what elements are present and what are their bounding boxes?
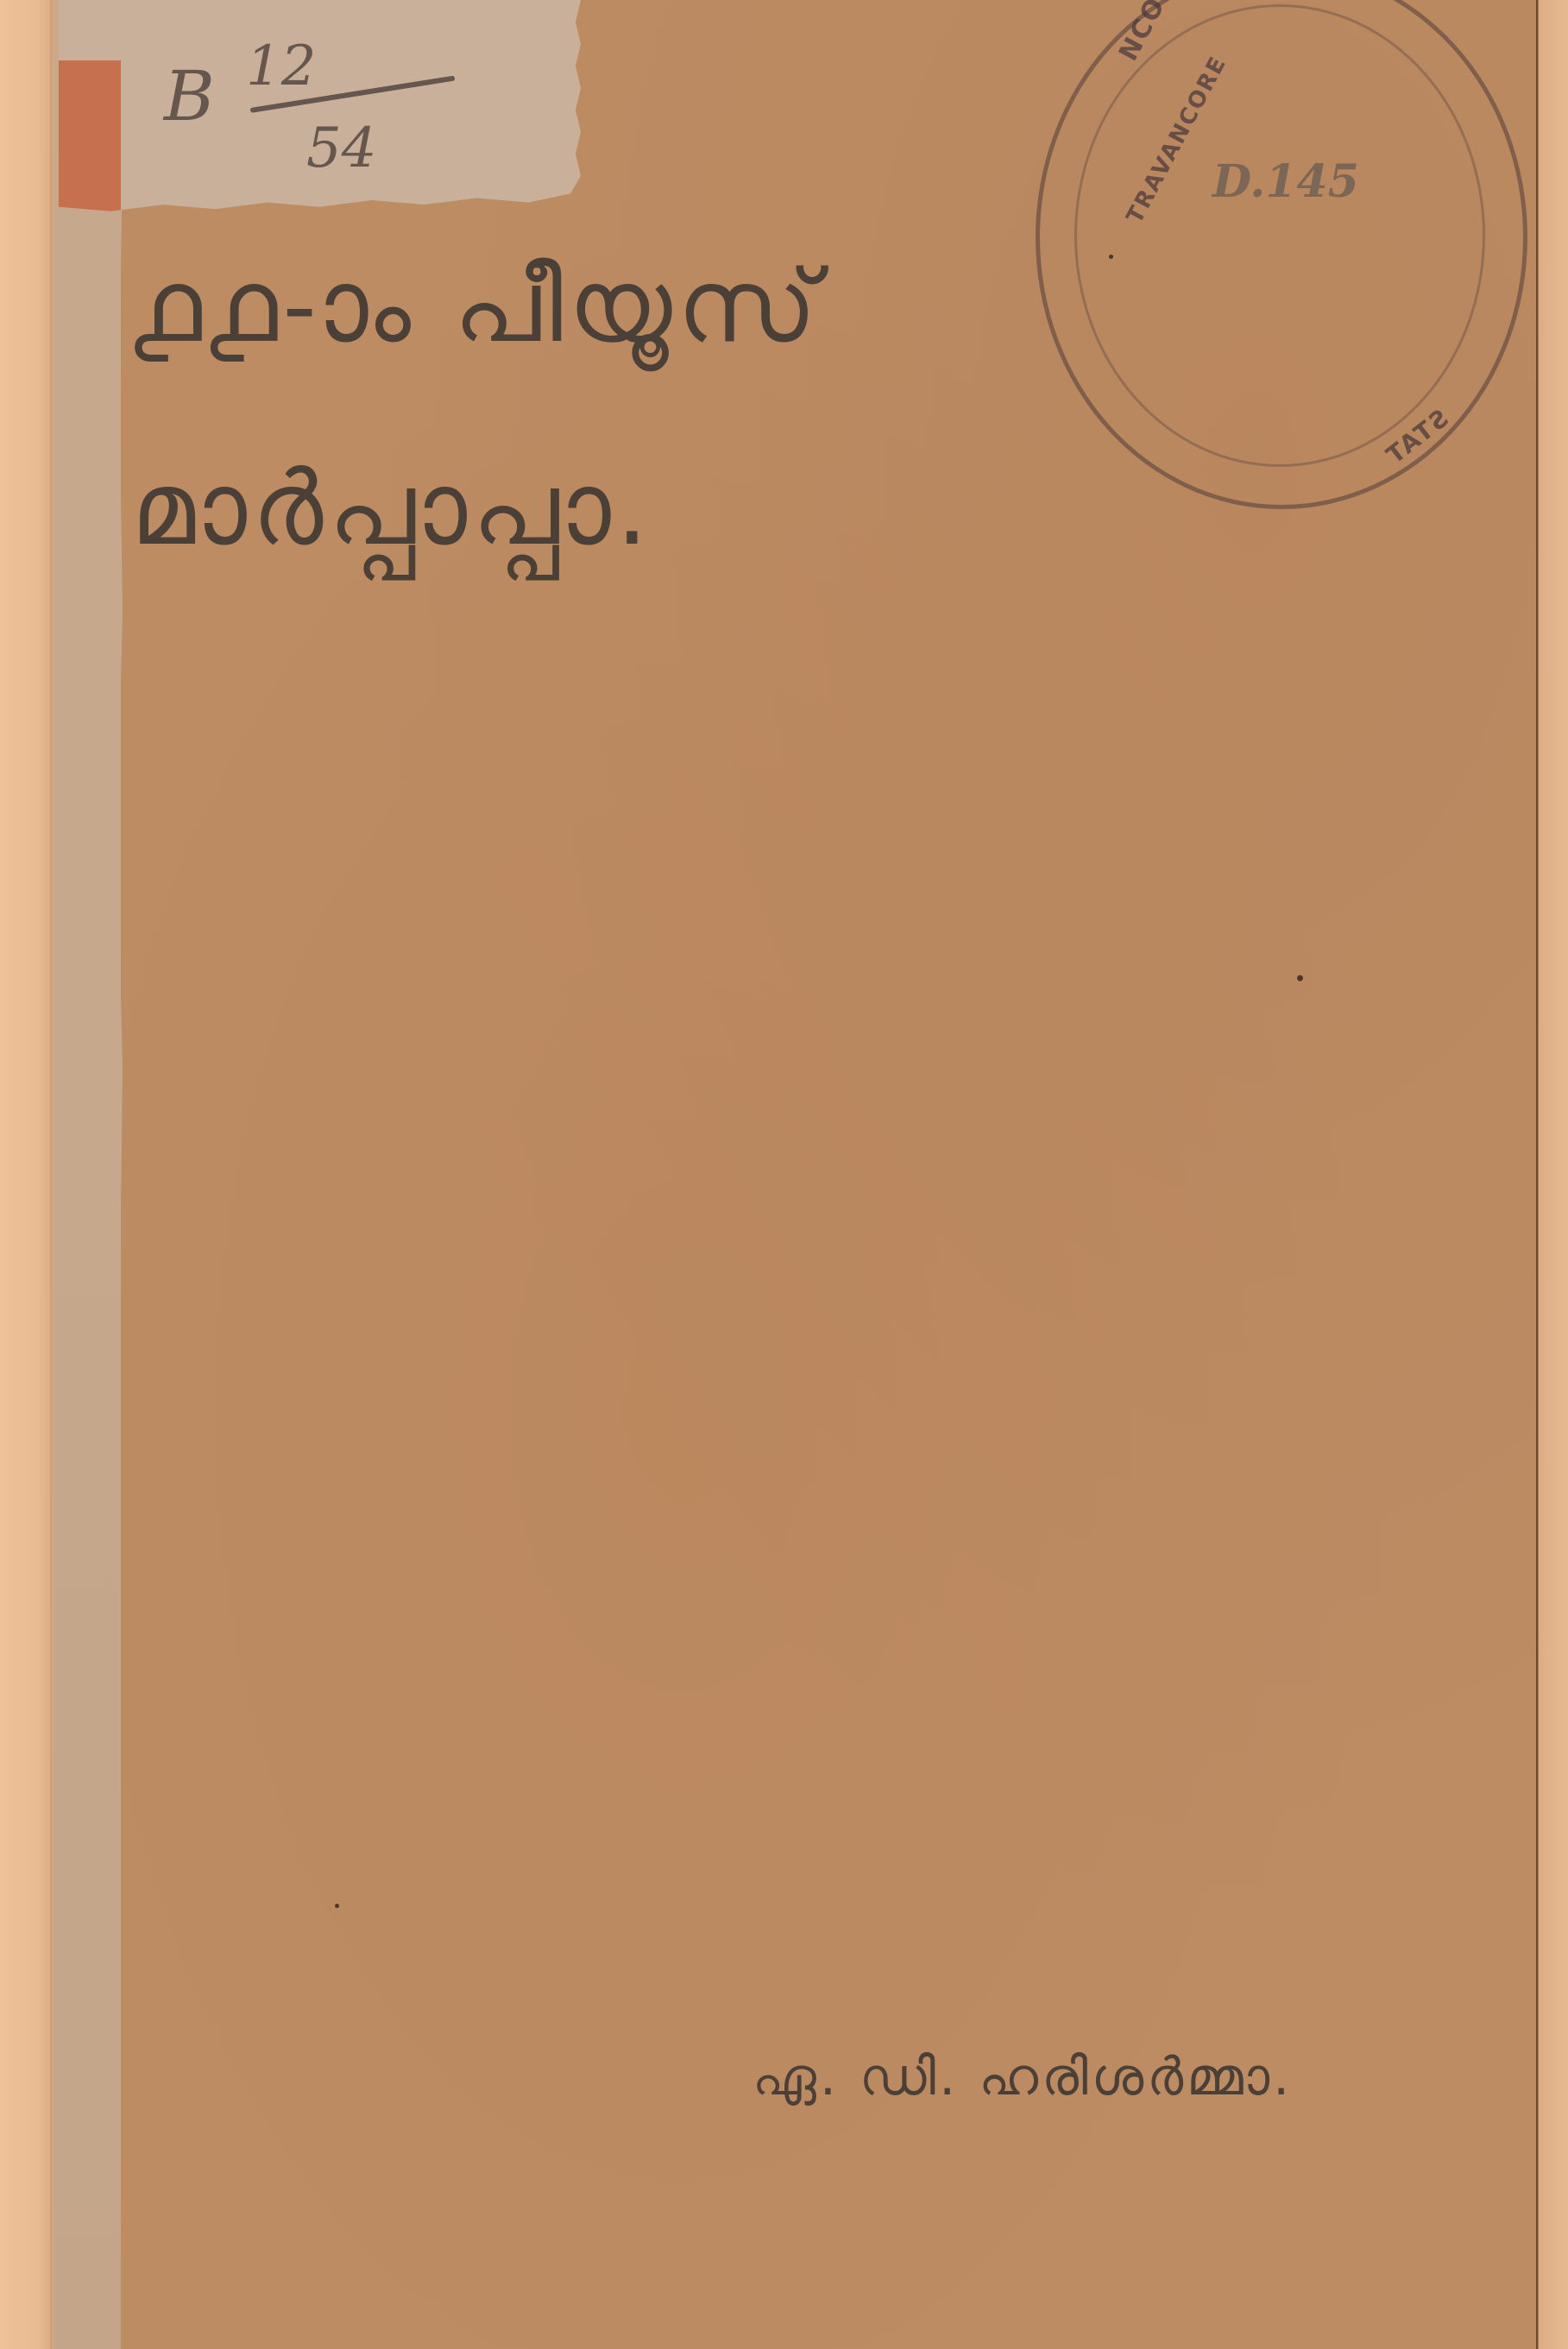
call-number-prefix: B — [164, 56, 215, 136]
spine-edge — [0, 0, 54, 2349]
call-number-denominator: 54 — [306, 117, 376, 180]
call-number-numerator: 12 — [246, 35, 316, 98]
title-line-2: മാർപ്പാപ്പാ. — [131, 449, 653, 570]
paper-speck — [335, 1904, 339, 1908]
accession-number: D.145 — [1212, 155, 1359, 208]
title-line-1: ൧൧-ാം പീയൂസ് — [131, 246, 822, 367]
paper-speck — [1109, 255, 1113, 259]
spine-crease — [50, 0, 53, 2349]
binding-tape-torn — [54, 155, 123, 1294]
paper-speck — [1297, 975, 1303, 981]
red-label-patch — [59, 60, 121, 229]
author-name: ഏ. ഡി. ഹരിശർമ്മാ. — [753, 2047, 1293, 2107]
cover-right-edge — [1536, 0, 1568, 2349]
call-number: B 12 54 — [164, 30, 475, 186]
library-stamp-inner-ring — [1074, 4, 1485, 467]
